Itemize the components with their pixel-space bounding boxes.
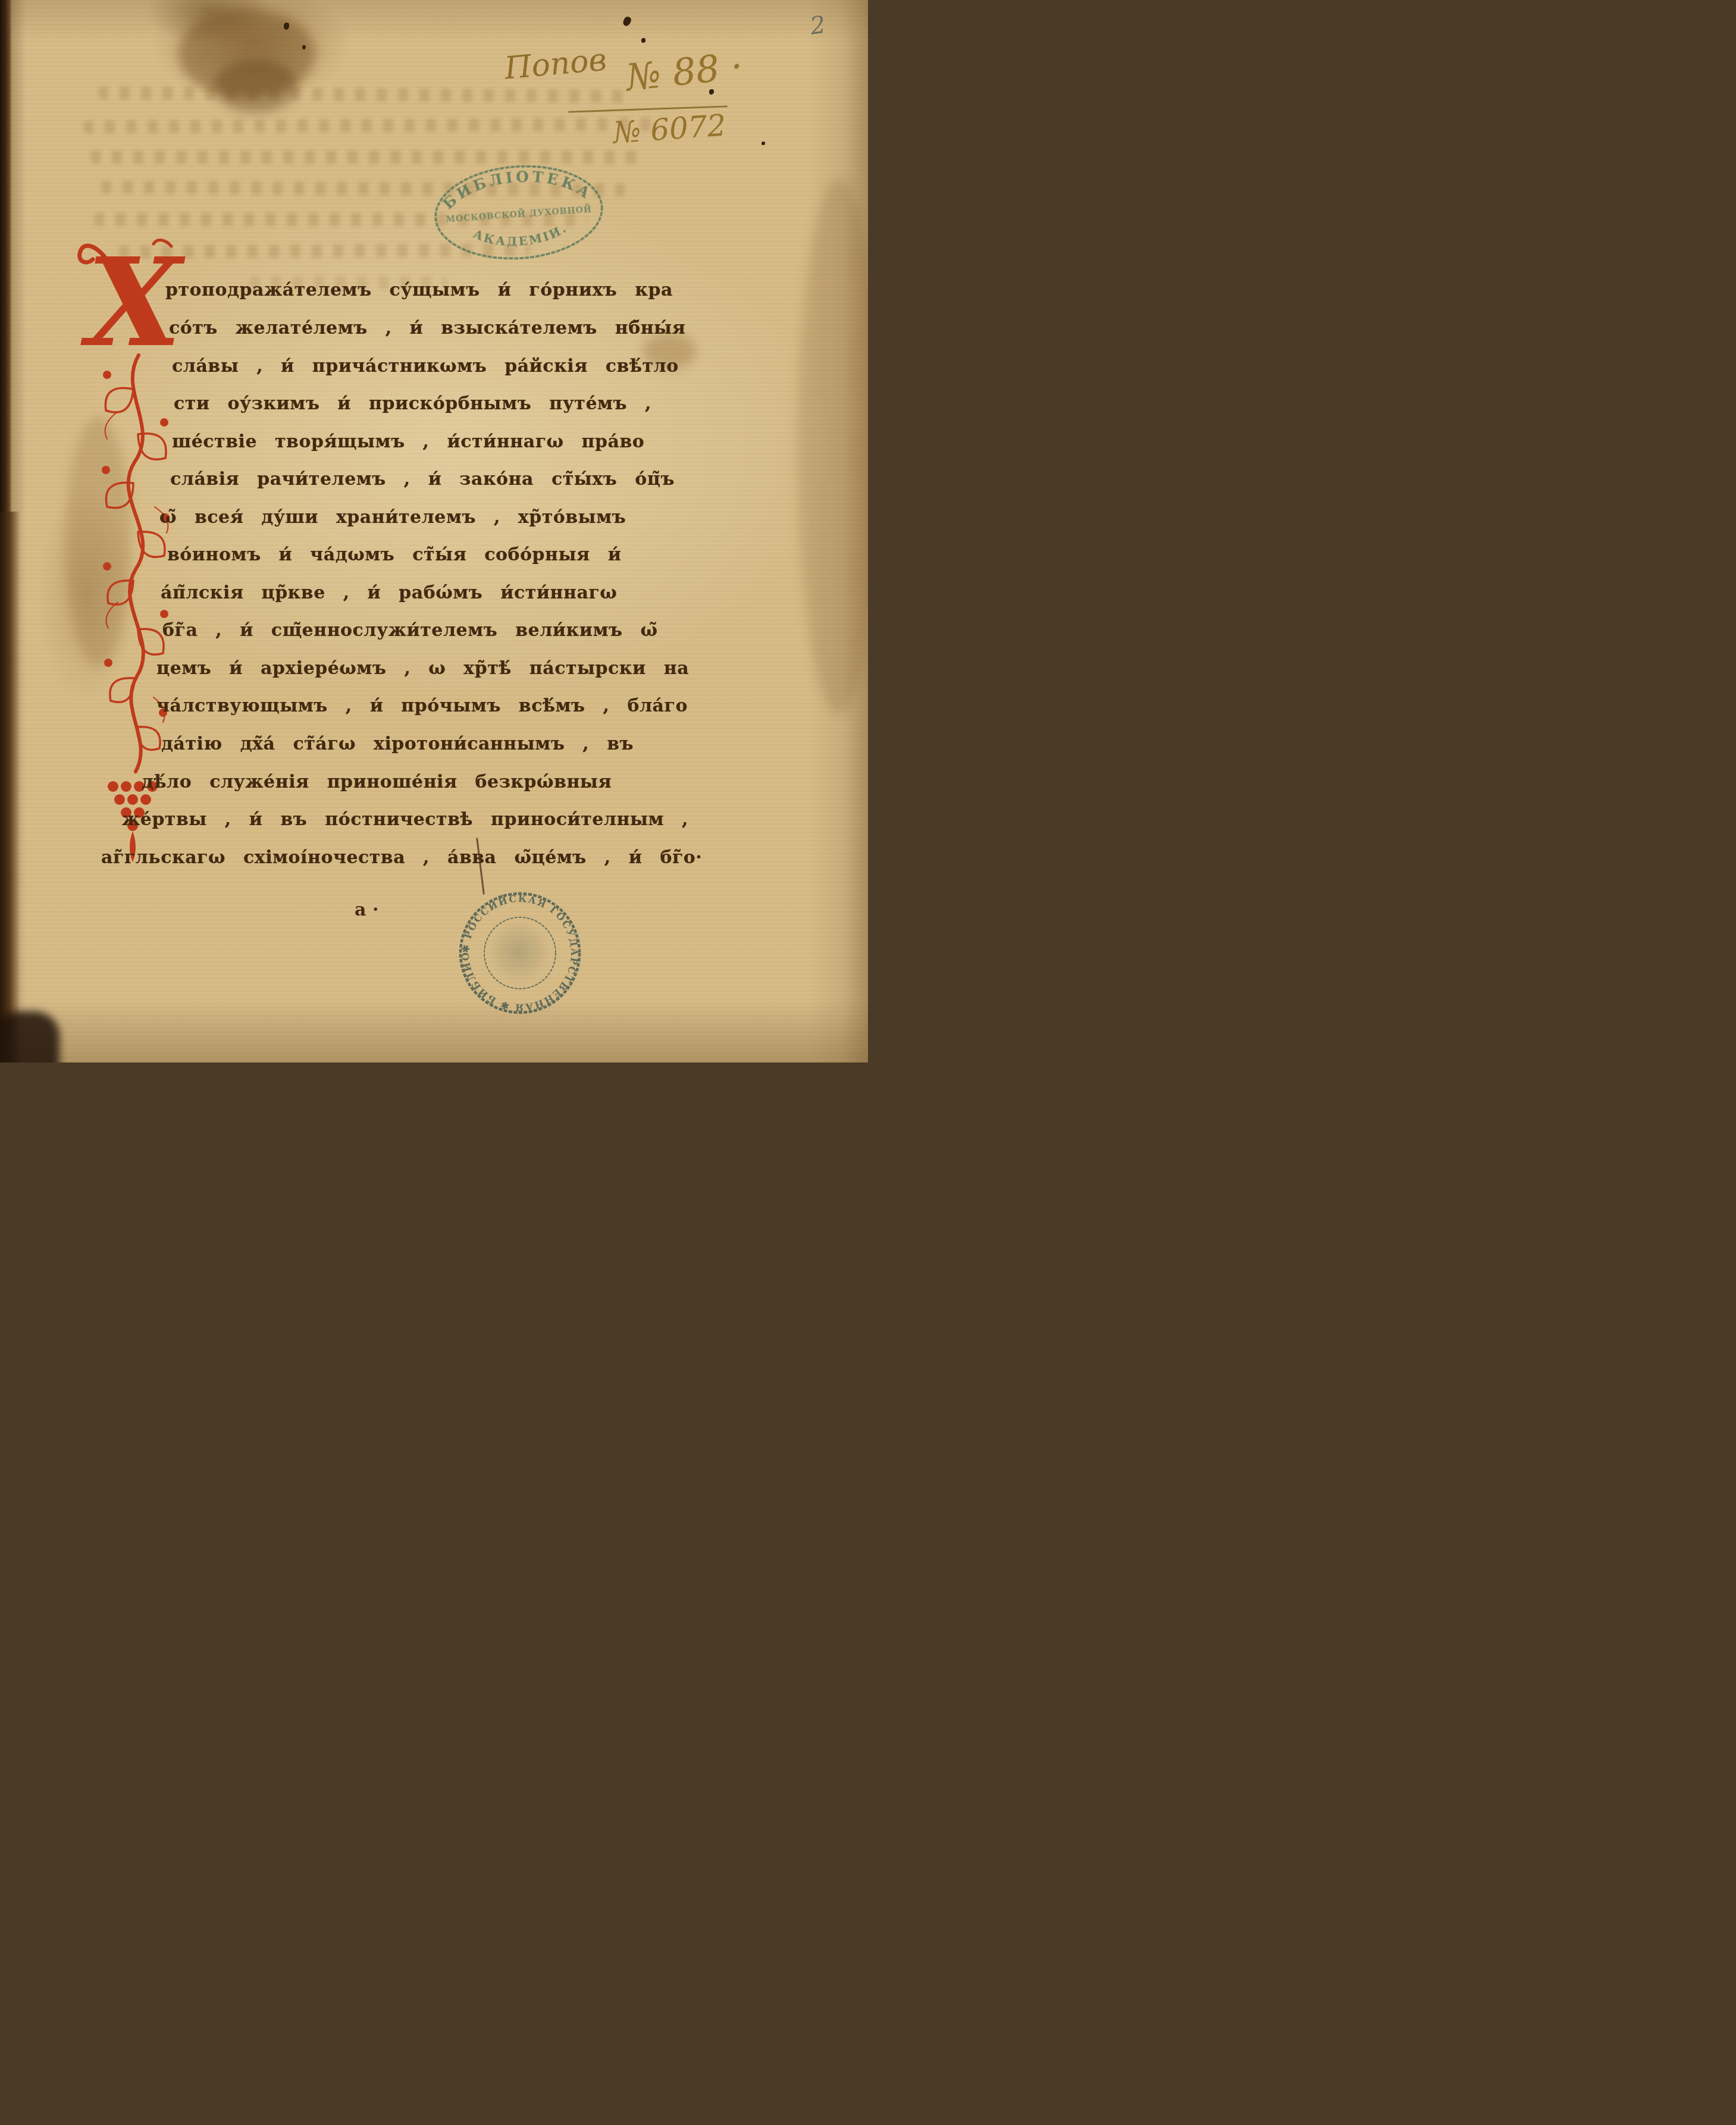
text-line: дѣ́ло служе́нія приноше́нія безкрώвныя xyxy=(142,772,612,792)
round-stamp: ✱ РОССИЙСКАЯ ГОСУДАРСТВЕННАЯ ✱ БИБЛИОТЕК… xyxy=(453,886,587,1020)
text-line: сти оу́зкимъ и́ приско́рбнымъ путе́мъ , xyxy=(174,393,651,414)
text-line: да́тію дх̃а́ ст̃а́гω хіротони́саннымъ , … xyxy=(161,734,634,754)
text-line: бг̃а , и́ сщ̃еннослужи́телемъ вели́кимъ … xyxy=(162,620,658,641)
manuscript-page: 2 Попов № 88 · № 6072 БИБЛІОТЕКА МОСКОВС… xyxy=(0,0,868,1062)
text-line: же́ртвы , и́ въ по́стничествѣ приноси́те… xyxy=(122,809,688,830)
text-line: а́п̃лскія цр̃кве , и́ рабώмъ и́сти́ннагω xyxy=(161,582,617,603)
oval-stamp-middle-text: МОСКОВСКОЙ ДУХОВНОЙ xyxy=(446,203,593,224)
text-line: ω̃ всея́ ду́ши храни́телемъ , хр̃то́вымъ xyxy=(159,507,626,528)
ink-speck xyxy=(641,38,645,43)
drop-cap-letter: Х xyxy=(80,231,186,374)
accession-number-inscription: № 6072 xyxy=(612,108,727,150)
text-line: цемъ и́ архіере́ωмъ , ω хр̃тѣ́ па́стырск… xyxy=(156,658,689,679)
text-line: ртоподража́телемъ су́щымъ и́ го́рнихъ кр… xyxy=(165,280,673,300)
text-line: ше́ствіе творя́щымъ , и́сти́ннагω пра́во xyxy=(172,431,644,452)
text-line: сла́вы , и́ прича́стникωмъ ра́йскія свѣ́… xyxy=(172,356,679,377)
text-line: ча́лствующымъ , и́ про́чымъ всѣ́мъ , бла… xyxy=(156,695,688,716)
board-corner-shadow xyxy=(0,1011,59,1062)
folio-number: 2 xyxy=(809,11,828,40)
ghost-bleed-line xyxy=(83,117,654,133)
oval-stamp: БИБЛІОТЕКА МОСКОВСКОЙ ДУХОВНОЙ АКАДЕМІИ. xyxy=(426,156,611,269)
oval-stamp-bottom-text: АКАДЕМІИ. xyxy=(470,220,571,252)
text-line: во́иномъ и́ ча́дωмъ ст̃ы́я собо́рныя и́ xyxy=(167,544,621,565)
quire-mark: а · xyxy=(355,899,378,920)
book-spine-shadow-lower xyxy=(0,512,20,1062)
text-line: со́тъ желате́лемъ , и́ взыска́телемъ нб̃… xyxy=(169,318,685,339)
paper-stain xyxy=(214,59,297,113)
collection-number-inscription: № 88 · xyxy=(624,44,745,99)
paper-stain xyxy=(797,178,868,714)
ghost-bleed-line xyxy=(98,86,634,103)
text-line: сла́вія рачи́телемъ , и́ зако́на ст̃ы́хъ… xyxy=(170,469,675,490)
collection-inscription: Попов xyxy=(503,42,608,87)
round-stamp-center-smudge xyxy=(488,921,550,983)
ink-speck xyxy=(762,142,765,145)
ink-speck xyxy=(622,15,632,27)
svg-text:АКАДЕМІИ.: АКАДЕМІИ. xyxy=(470,220,571,252)
text-line: аг̃гльскагω схімоі́ночества , а́вва ω̃це… xyxy=(101,847,702,868)
